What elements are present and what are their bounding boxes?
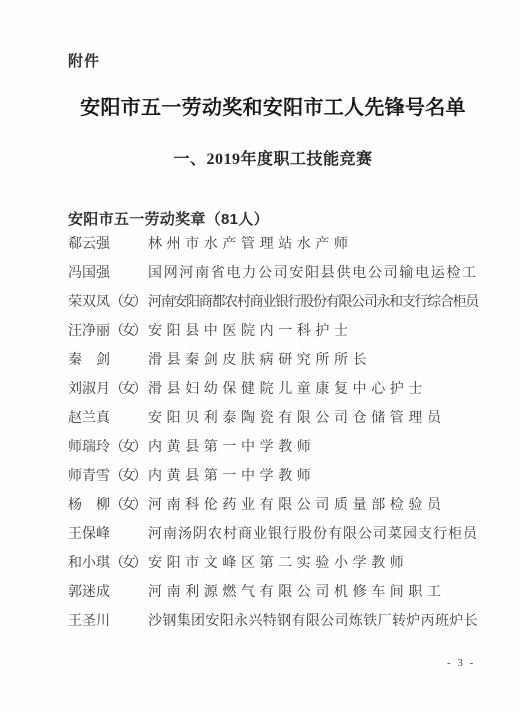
awardee-gender: （女） [110, 556, 145, 571]
awardee-name-cell: 赵兰真 [68, 404, 148, 433]
awardee-name-cell: 师青雪（女） [68, 462, 148, 491]
awardee-name-cell: 刘淑月（女） [68, 375, 148, 404]
awardee-description: 安阳县中医院内一科护士 [148, 317, 480, 346]
awardee-row: 师瑞玲（女） 内黄县第一中学教师 [68, 433, 480, 462]
awardee-name-cell: 郭迷成 [68, 578, 148, 607]
awardee-description: 林州市水产管理站水产师 [148, 230, 480, 259]
awardee-description: 内黄县第一中学教师 [148, 433, 480, 462]
awardee-name: 杨 柳 [68, 498, 110, 513]
awardee-row: 杨 柳（女） 河南科伦药业有限公司质量部检验员 [68, 491, 480, 520]
document-page: 附件 安阳市五一劳动奖和安阳市工人先锋号名单 一、2019年度职工技能竞赛 安阳… [0, 0, 517, 712]
awardee-description: 河南汤阴农村商业银行股份有限公司菜园支行柜员 [148, 520, 480, 549]
awardee-name: 秦 剑 [68, 353, 110, 368]
awardee-gender: （女） [110, 295, 145, 310]
awardee-gender: （女） [110, 469, 145, 484]
document-title: 安阳市五一劳动奖和安阳市工人先锋号名单 [68, 95, 478, 122]
awardee-name-cell: 杨 柳（女） [68, 491, 148, 520]
awardee-name: 王圣川 [68, 614, 110, 629]
awardee-name: 和小琪 [68, 556, 110, 571]
awardee-name-cell: 荣双凤（女） [68, 288, 148, 317]
awardee-name: 刘淑月 [68, 382, 110, 397]
awardee-description: 沙钢集团安阳永兴特钢有限公司炼铁厂转炉丙班炉长 [148, 607, 480, 636]
awardee-name: 王保峰 [68, 527, 110, 542]
awardee-name-cell: 冯国强 [68, 259, 148, 288]
awardee-gender: （女） [110, 382, 145, 397]
awardee-gender: （女） [110, 440, 145, 455]
awardee-description: 内黄县第一中学教师 [148, 462, 480, 491]
award-list-heading: 安阳市五一劳动奖章（81人） [68, 208, 269, 229]
awardee-description: 安阳贝利泰陶瓷有限公司仓储管理员 [148, 404, 480, 433]
awardee-name: 荣双凤 [68, 295, 110, 310]
awardee-description: 河南利源燃气有限公司机修车间职工 [148, 578, 480, 607]
awardee-row: 师青雪（女） 内黄县第一中学教师 [68, 462, 480, 491]
awardee-description: 河南安阳商都农村商业银行股份有限公司永和支行综合柜员 [148, 288, 480, 317]
awardee-name: 师青雪 [68, 469, 110, 484]
awardee-row: 刘淑月（女） 滑县妇幼保健院儿童康复中心护士 [68, 375, 480, 404]
awardee-name: 赵兰真 [68, 411, 110, 426]
awardee-name: 汪净丽 [68, 324, 110, 339]
awardee-row: 秦 剑 滑县秦剑皮肤病研究所所长 [68, 346, 480, 375]
awardee-name: 郗云强 [68, 237, 110, 252]
awardee-description: 滑县秦剑皮肤病研究所所长 [148, 346, 480, 375]
awardee-row: 王圣川 沙钢集团安阳永兴特钢有限公司炼铁厂转炉丙班炉长 [68, 607, 480, 636]
awardee-gender: （女） [110, 498, 145, 513]
awardee-row: 赵兰真 安阳贝利泰陶瓷有限公司仓储管理员 [68, 404, 480, 433]
awardee-row: 冯国强 国网河南省电力公司安阳县供电公司输电运检工 [68, 259, 480, 288]
awardee-name-cell: 王保峰 [68, 520, 148, 549]
awardee-list: 郗云强 林州市水产管理站水产师 冯国强 国网河南省电力公司安阳县供电公司输电运检… [68, 230, 480, 636]
awardee-row: 郗云强 林州市水产管理站水产师 [68, 230, 480, 259]
awardee-row: 汪净丽（女） 安阳县中医院内一科护士 [68, 317, 480, 346]
awardee-name-cell: 秦 剑 [68, 346, 148, 375]
awardee-name-cell: 和小琪（女） [68, 549, 148, 578]
awardee-row: 王保峰 河南汤阴农村商业银行股份有限公司菜园支行柜员 [68, 520, 480, 549]
page-number: - 3 - [447, 657, 475, 669]
attachment-label: 附件 [68, 50, 100, 71]
awardee-row: 郭迷成 河南利源燃气有限公司机修车间职工 [68, 578, 480, 607]
awardee-name: 冯国强 [68, 266, 110, 281]
awardee-name-cell: 汪净丽（女） [68, 317, 148, 346]
awardee-description: 河南科伦药业有限公司质量部检验员 [148, 491, 480, 520]
awardee-description: 安阳市文峰区第二实验小学教师 [148, 549, 480, 578]
awardee-description: 国网河南省电力公司安阳县供电公司输电运检工 [148, 259, 480, 288]
awardee-name: 师瑞玲 [68, 440, 110, 455]
awardee-row: 荣双凤（女） 河南安阳商都农村商业银行股份有限公司永和支行综合柜员 [68, 288, 480, 317]
awardee-row: 和小琪（女） 安阳市文峰区第二实验小学教师 [68, 549, 480, 578]
awardee-name-cell: 王圣川 [68, 607, 148, 636]
section-heading: 一、2019年度职工技能竞赛 [68, 150, 478, 170]
awardee-name-cell: 师瑞玲（女） [68, 433, 148, 462]
awardee-name: 郭迷成 [68, 585, 110, 600]
awardee-name-cell: 郗云强 [68, 230, 148, 259]
awardee-description: 滑县妇幼保健院儿童康复中心护士 [148, 375, 480, 404]
awardee-gender: （女） [110, 324, 145, 339]
